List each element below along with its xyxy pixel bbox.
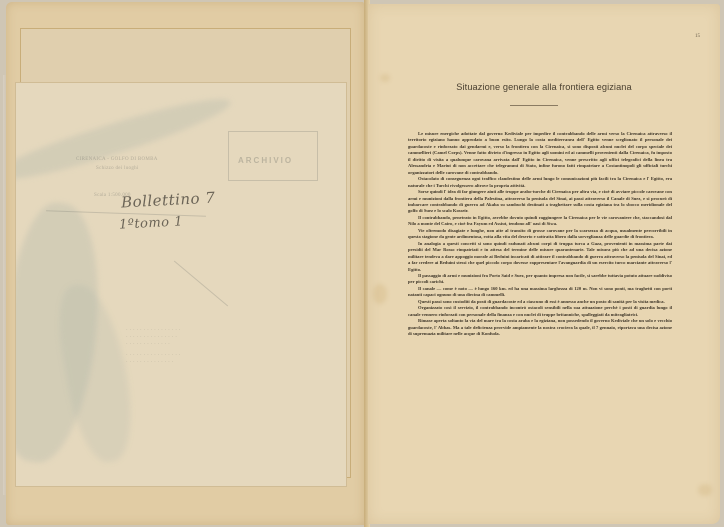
title-divider — [510, 105, 558, 106]
page-title: Situazione generale alla frontiera egizi… — [368, 82, 720, 92]
paragraph: Sorse quindi l' idea di far giungere aiu… — [408, 189, 672, 215]
scanned-spread: CIRENAICA - GOLFO DI BOMBA Schizzo dei l… — [0, 0, 724, 527]
paragraph: In analogia a questi concetti si sono qu… — [408, 241, 672, 273]
page-number: 15 — [695, 34, 700, 39]
paragraph: Rimase aperta soltanto la via del mare t… — [408, 318, 672, 337]
paragraph: Ostacolato di conseguenza ogni traffico … — [408, 176, 672, 189]
body-text: Le misure energiche adottate dal governo… — [408, 131, 672, 338]
paragraph: Vie oltremodo disagiate e lunghe, non at… — [408, 228, 672, 241]
paragraph: Il canale — come è noto — è lungo 160 km… — [408, 286, 672, 299]
bleed-map-subtitle: Schizzo dei luoghi — [96, 166, 139, 171]
left-page: CIRENAICA - GOLFO DI BOMBA Schizzo dei l… — [15, 82, 347, 487]
right-page: 15 Situazione generale alla frontiera eg… — [368, 4, 720, 524]
archive-stamp-title: ARCHIVIO — [238, 156, 293, 165]
paragraph: Il passaggio di armi e munizioni fra Por… — [408, 273, 672, 286]
paragraph: Le misure energiche adottate dal governo… — [408, 131, 672, 176]
paragraph: Il contrabbando, penetrato in Egitto, av… — [408, 215, 672, 228]
bleed-through-map: CIRENAICA - GOLFO DI BOMBA Schizzo dei l… — [16, 83, 346, 486]
bleed-map-title: CIRENAICA - GOLFO DI BOMBA — [76, 157, 158, 162]
paragraph: Organizzato così il servizio, il contrab… — [408, 305, 672, 318]
